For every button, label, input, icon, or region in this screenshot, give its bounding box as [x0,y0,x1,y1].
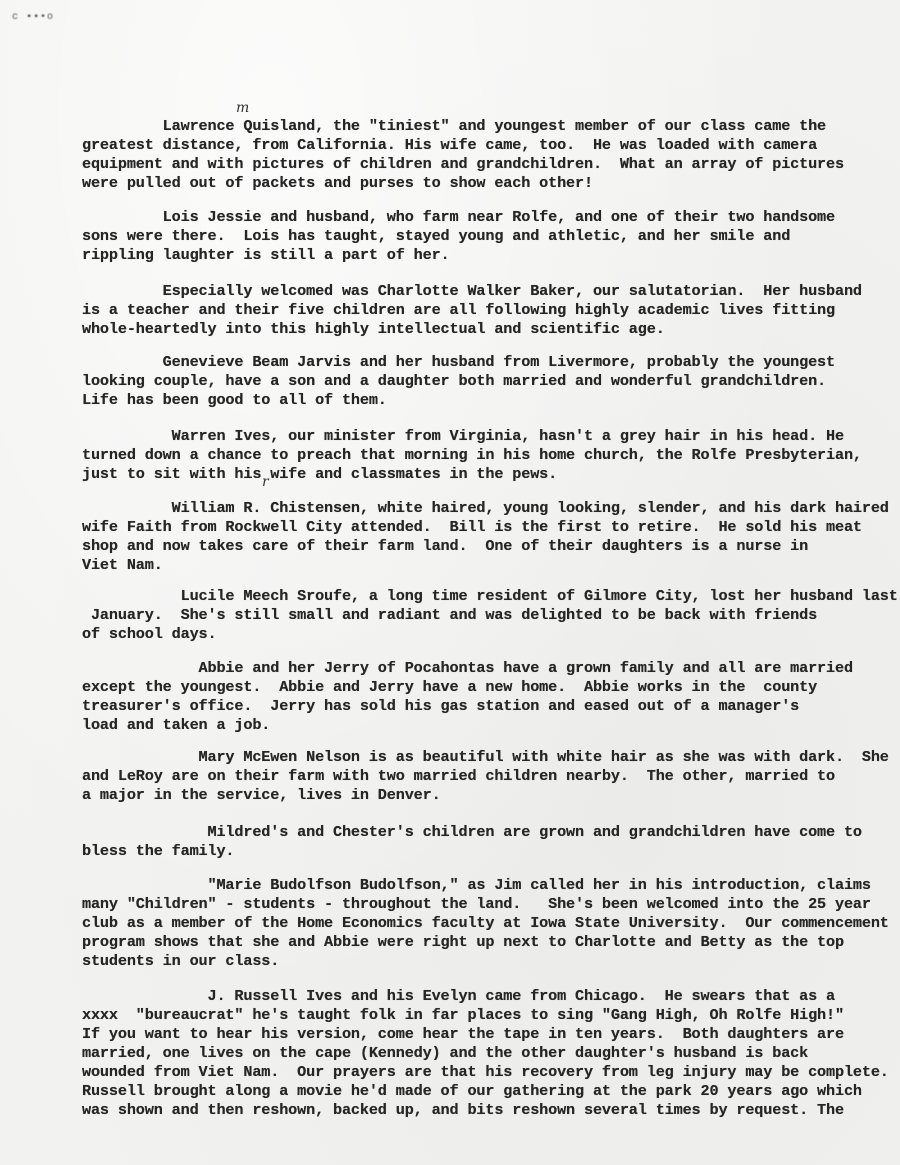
text-line: Russell brought along a movie he'd made … [82,1082,900,1101]
text-line: Mary McEwen Nelson is as beautiful with … [82,748,900,767]
text-line: "Marie Budolfson Budolfson," as Jim call… [82,876,900,895]
text-line: was shown and then reshown, backed up, a… [82,1101,900,1120]
typed-page: c ▪▪•o m r Lawrence Quisland, the "tinie… [0,0,900,1165]
text-line: whole-heartedly into this highly intelle… [82,320,900,339]
corner-mark: c ▪▪•o [12,12,54,23]
text-line: except the youngest. Abbie and Jerry hav… [82,678,900,697]
paragraph: Mary McEwen Nelson is as beautiful with … [82,748,900,805]
paragraph: J. Russell Ives and his Evelyn came from… [82,987,900,1120]
text-line: Warren Ives, our minister from Virginia,… [82,427,900,446]
text-line: program shows that she and Abbie were ri… [82,933,900,952]
text-line: Lois Jessie and husband, who farm near R… [82,208,900,227]
paragraph: Lois Jessie and husband, who farm near R… [82,208,900,265]
text-line: Lawrence Quisland, the "tiniest" and you… [82,117,900,136]
paragraph: Warren Ives, our minister from Virginia,… [82,427,900,484]
text-line: and LeRoy are on their farm with two mar… [82,767,900,786]
text-line: bless the family. [82,842,900,861]
text-line: greatest distance, from California. His … [82,136,900,155]
text-line: January. She's still small and radiant a… [82,606,900,625]
text-line: many "Children" - students - throughout … [82,895,900,914]
text-line: William R. Chistensen, white haired, you… [82,499,900,518]
text-line: married, one lives on the cape (Kennedy)… [82,1044,900,1063]
text-line: Abbie and her Jerry of Pocahontas have a… [82,659,900,678]
text-line: a major in the service, lives in Denver. [82,786,900,805]
text-line: Viet Nam. [82,556,900,575]
text-line: sons were there. Lois has taught, stayed… [82,227,900,246]
text-line: rippling laughter is still a part of her… [82,246,900,265]
text-line: equipment and with pictures of children … [82,155,900,174]
text-line: Lucile Meech Sroufe, a long time residen… [82,587,900,606]
text-line: were pulled out of packets and purses to… [82,174,900,193]
text-line: Especially welcomed was Charlotte Walker… [82,282,900,301]
text-line: Genevieve Beam Jarvis and her husband fr… [82,353,900,372]
text-line: J. Russell Ives and his Evelyn came from… [82,987,900,1006]
text-line: If you want to hear his version, come he… [82,1025,900,1044]
text-line: is a teacher and their five children are… [82,301,900,320]
text-line: students in our class. [82,952,900,971]
text-line: just to sit with his wife and classmates… [82,465,900,484]
paragraph: Lucile Meech Sroufe, a long time residen… [82,587,900,644]
paragraph: William R. Chistensen, white haired, you… [82,499,900,575]
text-line: Mildred's and Chester's children are gro… [82,823,900,842]
paragraph: Abbie and her Jerry of Pocahontas have a… [82,659,900,735]
paragraph: Genevieve Beam Jarvis and her husband fr… [82,353,900,410]
paragraph: Especially welcomed was Charlotte Walker… [82,282,900,339]
text-line: shop and now takes care of their farm la… [82,537,900,556]
text-line: wounded from Viet Nam. Our prayers are t… [82,1063,900,1082]
handwritten-correction-m: m [236,100,249,116]
text-line: looking couple, have a son and a daughte… [82,372,900,391]
text-line: of school days. [82,625,900,644]
text-line: club as a member of the Home Economics f… [82,914,900,933]
paragraph: "Marie Budolfson Budolfson," as Jim call… [82,876,900,971]
paragraph: Lawrence Quisland, the "tiniest" and you… [82,117,900,193]
text-line: wife Faith from Rockwell City attended. … [82,518,900,537]
text-line: load and taken a job. [82,716,900,735]
text-line: turned down a chance to preach that morn… [82,446,900,465]
text-line: Life has been good to all of them. [82,391,900,410]
text-line: xxxx "bureaucrat" he's taught folk in fa… [82,1006,900,1025]
text-line: treasurer's office. Jerry has sold his g… [82,697,900,716]
paragraph: Mildred's and Chester's children are gro… [82,823,900,861]
